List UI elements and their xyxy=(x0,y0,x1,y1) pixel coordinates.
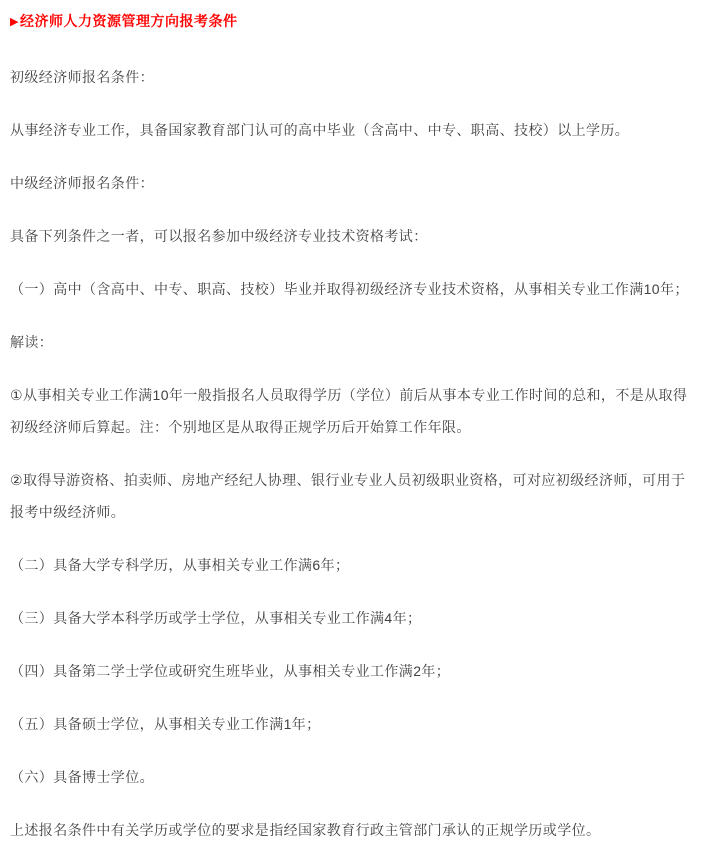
triangle-bullet-icon: ▶ xyxy=(10,16,19,28)
paragraph-junior-conditions-label: 初级经济师报名条件： xyxy=(10,61,692,93)
paragraph-intermediate-intro: 具备下列条件之一者，可以报名参加中级经济专业技术资格考试： xyxy=(10,220,692,252)
page-title-text: 经济师人力资源管理方向报考条件 xyxy=(20,13,238,29)
paragraph-junior-requirement: 从事经济专业工作，具备国家教育部门认可的高中毕业（含高中、中专、职高、技校）以上… xyxy=(10,114,692,146)
paragraph-condition-1: （一）高中（含高中、中专、职高、技校）毕业并取得初级经济专业技术资格，从事相关专… xyxy=(10,273,692,305)
paragraph-interpretation-note-2: ②取得导游资格、拍卖师、房地产经纪人协理、银行业专业人员初级职业资格，可对应初级… xyxy=(10,464,692,528)
paragraph-interpretation-label: 解读： xyxy=(10,326,692,358)
page-title: ▶经济师人力资源管理方向报考条件 xyxy=(10,11,692,33)
paragraph-condition-5: （五）具备硕士学位，从事相关专业工作满1年； xyxy=(10,708,692,740)
paragraph-condition-2: （二）具备大学专科学历，从事相关专业工作满6年； xyxy=(10,549,692,581)
paragraph-intermediate-conditions-label: 中级经济师报名条件： xyxy=(10,167,692,199)
paragraph-interpretation-note-1: ①从事相关专业工作满10年一般指报名人员取得学历（学位）前后从事本专业工作时间的… xyxy=(10,379,692,443)
paragraph-condition-3: （三）具备大学本科学历或学士学位，从事相关专业工作满4年； xyxy=(10,602,692,634)
paragraph-condition-6: （六）具备博士学位。 xyxy=(10,761,692,793)
article-body: ▶经济师人力资源管理方向报考条件 初级经济师报名条件： 从事经济专业工作，具备国… xyxy=(0,0,702,846)
paragraph-closing-note: 上述报名条件中有关学历或学位的要求是指经国家教育行政主管部门承认的正规学历或学位… xyxy=(10,814,692,846)
paragraph-condition-4: （四）具备第二学士学位或研究生班毕业，从事相关专业工作满2年； xyxy=(10,655,692,687)
